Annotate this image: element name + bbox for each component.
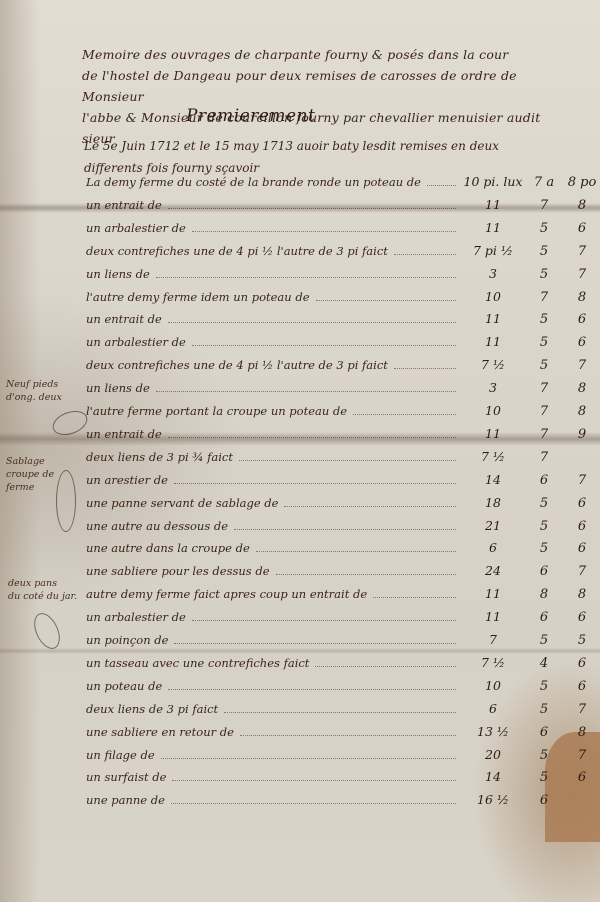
item-description: une sabliere en retour de bbox=[86, 725, 234, 739]
item-description: deux contrefiches une de 4 pi ½ l'autre … bbox=[86, 244, 388, 258]
list-item: un entrait de1179 bbox=[86, 426, 600, 448]
dotted-leader bbox=[427, 184, 456, 186]
thickness-value: 7 bbox=[564, 244, 600, 259]
width-value: 5 bbox=[524, 267, 564, 282]
item-description: un liens de bbox=[86, 267, 150, 281]
length-value: 11 bbox=[462, 197, 524, 212]
length-value: 11 bbox=[462, 586, 524, 601]
dotted-leader bbox=[168, 321, 456, 323]
dotted-leader bbox=[168, 207, 456, 209]
list-item: La demy ferme du costé de la brande rond… bbox=[86, 174, 600, 196]
length-value: 24 bbox=[462, 563, 524, 578]
thickness-value: 8 bbox=[564, 587, 600, 602]
width-value: 6 bbox=[524, 725, 564, 740]
thickness-value: 9 bbox=[564, 427, 600, 442]
item-description: deux contrefiches une de 4 pi ½ l'autre … bbox=[86, 358, 388, 372]
dotted-leader bbox=[239, 459, 456, 461]
width-value: 7 bbox=[524, 450, 564, 465]
thickness-value: 6 bbox=[564, 221, 600, 236]
list-item: deux contrefiches une de 4 pi ½ l'autre … bbox=[86, 357, 600, 379]
width-value: 7 bbox=[524, 290, 564, 305]
section-heading: Premierement bbox=[186, 106, 315, 126]
width-value: 7 bbox=[524, 381, 564, 396]
item-description: un entrait de bbox=[86, 312, 162, 326]
dotted-leader bbox=[161, 757, 456, 759]
width-value: 5 bbox=[524, 748, 564, 763]
thickness-value: 6 bbox=[564, 656, 600, 671]
dotted-leader bbox=[373, 596, 456, 598]
width-value: 5 bbox=[524, 702, 564, 717]
list-item: l'autre demy ferme idem un poteau de1078 bbox=[86, 289, 600, 311]
item-description: une panne de bbox=[86, 793, 165, 807]
item-description: un entrait de bbox=[86, 427, 162, 441]
list-item: deux liens de 3 pi ¾ faict7 ½7 bbox=[86, 449, 600, 471]
length-value: 3 bbox=[462, 380, 524, 395]
list-item: autre demy ferme faict apres coup un ent… bbox=[86, 586, 600, 608]
dotted-leader bbox=[171, 802, 456, 804]
intro-paragraph: Le 5e Juin 1712 et le 15 may 1713 auoir … bbox=[84, 135, 564, 179]
dotted-leader bbox=[192, 619, 456, 621]
item-description: un arbalestier de bbox=[86, 221, 186, 235]
length-value: 7 pi ½ bbox=[462, 243, 524, 258]
intro-line: Le 5e Juin 1712 et le 15 may 1713 auoir … bbox=[84, 135, 564, 157]
width-value: 4 bbox=[524, 656, 564, 671]
title-line: Memoire des ouvrages de charpante fourny… bbox=[82, 44, 562, 65]
dotted-leader bbox=[316, 299, 456, 301]
list-item: un poinçon de755 bbox=[86, 632, 600, 654]
item-description: l'autre ferme portant la croupe un potea… bbox=[86, 404, 347, 418]
thickness-value: 8 bbox=[564, 725, 600, 740]
list-item: un tasseau avec une contrefiches faict7 … bbox=[86, 655, 600, 677]
title-line: de l'hostel de Dangeau pour deux remises… bbox=[82, 65, 562, 107]
thickness-value: 6 bbox=[564, 519, 600, 534]
width-value: 5 bbox=[524, 312, 564, 327]
item-description: une autre dans la croupe de bbox=[86, 541, 250, 555]
thickness-value: 8 bbox=[564, 290, 600, 305]
width-value: 7 bbox=[524, 427, 564, 442]
dotted-leader bbox=[156, 390, 456, 392]
list-item: un arbalestier de1166 bbox=[86, 609, 600, 631]
item-description: autre demy ferme faict apres coup un ent… bbox=[86, 587, 367, 601]
item-description: La demy ferme du costé de la brande rond… bbox=[86, 175, 421, 189]
list-item: un filage de2057 bbox=[86, 747, 600, 769]
width-value: 5 bbox=[524, 770, 564, 785]
thickness-value: 7 bbox=[564, 564, 600, 579]
item-description: un poinçon de bbox=[86, 633, 168, 647]
length-value: 16 ½ bbox=[462, 792, 524, 807]
dotted-leader bbox=[192, 344, 456, 346]
width-value: 5 bbox=[524, 335, 564, 350]
dotted-leader bbox=[174, 642, 456, 644]
margin-note: Neuf pieds d'ong. deux bbox=[6, 378, 62, 404]
memoire-title: Memoire des ouvrages de charpante fourny… bbox=[82, 44, 562, 149]
length-value: 13 ½ bbox=[462, 724, 524, 739]
width-value: 8 bbox=[524, 587, 564, 602]
thickness-value: 7 bbox=[564, 702, 600, 717]
thickness-value: 6 bbox=[564, 770, 600, 785]
list-item: un entrait de1178 bbox=[86, 197, 600, 219]
thickness-value: 7 bbox=[564, 748, 600, 763]
width-value: 7 a bbox=[524, 175, 564, 190]
list-item: l'autre ferme portant la croupe un potea… bbox=[86, 403, 600, 425]
list-item: un entrait de1156 bbox=[86, 311, 600, 333]
dotted-leader bbox=[315, 665, 456, 667]
dotted-leader bbox=[240, 734, 456, 736]
item-description: un poteau de bbox=[86, 679, 162, 693]
paper-edge-shadow bbox=[0, 0, 40, 902]
length-value: 10 pi. lux bbox=[462, 174, 524, 189]
dotted-leader bbox=[284, 505, 456, 507]
list-item: un liens de378 bbox=[86, 380, 600, 402]
list-item: un arestier de1467 bbox=[86, 472, 600, 494]
item-description: un arbalestier de bbox=[86, 610, 186, 624]
list-item: deux contrefiches une de 4 pi ½ l'autre … bbox=[86, 243, 600, 265]
dotted-leader bbox=[256, 550, 456, 552]
list-item: une panne servant de sablage de1856 bbox=[86, 495, 600, 517]
dotted-leader bbox=[224, 711, 456, 713]
thickness-value: 8 po bbox=[564, 175, 600, 190]
length-value: 11 bbox=[462, 426, 524, 441]
list-item: un poteau de1056 bbox=[86, 678, 600, 700]
item-description: une panne servant de sablage de bbox=[86, 496, 278, 510]
width-value: 5 bbox=[524, 519, 564, 534]
length-value: 18 bbox=[462, 495, 524, 510]
dotted-leader bbox=[234, 528, 456, 530]
length-value: 14 bbox=[462, 472, 524, 487]
item-description: un entrait de bbox=[86, 198, 162, 212]
item-description: un arestier de bbox=[86, 473, 168, 487]
item-description: deux liens de 3 pi faict bbox=[86, 702, 218, 716]
length-value: 7 ½ bbox=[462, 655, 524, 670]
item-description: une sabliere pour les dessus de bbox=[86, 564, 270, 578]
width-value: 5 bbox=[524, 679, 564, 694]
width-value: 5 bbox=[524, 221, 564, 236]
dotted-leader bbox=[172, 779, 456, 781]
length-value: 10 bbox=[462, 289, 524, 304]
length-value: 7 bbox=[462, 632, 524, 647]
list-item: un arbalestier de1156 bbox=[86, 334, 600, 356]
thickness-value: 6 bbox=[564, 335, 600, 350]
length-value: 3 bbox=[462, 266, 524, 281]
width-value: 5 bbox=[524, 633, 564, 648]
dotted-leader bbox=[394, 253, 456, 255]
item-description: l'autre demy ferme idem un poteau de bbox=[86, 290, 310, 304]
length-value: 11 bbox=[462, 609, 524, 624]
width-value: 5 bbox=[524, 244, 564, 259]
length-value: 20 bbox=[462, 747, 524, 762]
thickness-value: 7 bbox=[564, 358, 600, 373]
width-value: 7 bbox=[524, 198, 564, 213]
length-value: 7 ½ bbox=[462, 357, 524, 372]
length-value: 7 ½ bbox=[462, 449, 524, 464]
list-item: une sabliere pour les dessus de2467 bbox=[86, 563, 600, 585]
width-value: 5 bbox=[524, 496, 564, 511]
item-description: un arbalestier de bbox=[86, 335, 186, 349]
list-item: un liens de357 bbox=[86, 266, 600, 288]
ink-flourish bbox=[56, 470, 76, 532]
dotted-leader bbox=[174, 482, 456, 484]
width-value: 6 bbox=[524, 610, 564, 625]
width-value: 6 bbox=[524, 473, 564, 488]
length-value: 14 bbox=[462, 769, 524, 784]
length-value: 10 bbox=[462, 403, 524, 418]
dotted-leader bbox=[156, 276, 456, 278]
item-description: une autre au dessous de bbox=[86, 519, 228, 533]
width-value: 7 bbox=[524, 404, 564, 419]
list-item: deux liens de 3 pi faict657 bbox=[86, 701, 600, 723]
width-value: 5 bbox=[524, 541, 564, 556]
dotted-leader bbox=[192, 230, 456, 232]
list-item: une autre dans la croupe de656 bbox=[86, 540, 600, 562]
thickness-value: 8 bbox=[564, 198, 600, 213]
dotted-leader bbox=[168, 436, 456, 438]
width-value: 6 bbox=[524, 793, 564, 808]
list-item: un surfaist de1456 bbox=[86, 769, 600, 791]
thickness-value: 8 bbox=[564, 404, 600, 419]
dotted-leader bbox=[394, 367, 456, 369]
width-value: 6 bbox=[524, 564, 564, 579]
thickness-value: 6 bbox=[564, 312, 600, 327]
manuscript-page: Memoire des ouvrages de charpante fourny… bbox=[0, 0, 600, 902]
dotted-leader bbox=[168, 688, 456, 690]
margin-note: deux pans du coté du jar. bbox=[8, 577, 77, 603]
list-item: une sabliere en retour de13 ½68 bbox=[86, 724, 600, 746]
length-value: 6 bbox=[462, 701, 524, 716]
item-description: un surfaist de bbox=[86, 770, 166, 784]
thickness-value: 5 bbox=[564, 633, 600, 648]
item-description: un tasseau avec une contrefiches faict bbox=[86, 656, 309, 670]
length-value: 10 bbox=[462, 678, 524, 693]
dotted-leader bbox=[353, 413, 456, 415]
length-value: 11 bbox=[462, 334, 524, 349]
list-item: un arbalestier de1156 bbox=[86, 220, 600, 242]
width-value: 5 bbox=[524, 358, 564, 373]
thickness-value: 6 bbox=[564, 679, 600, 694]
thickness-value: 6 bbox=[564, 541, 600, 556]
thickness-value: 6 bbox=[564, 496, 600, 511]
list-item: une panne de16 ½6 bbox=[86, 792, 600, 814]
length-value: 6 bbox=[462, 540, 524, 555]
thickness-value: 8 bbox=[564, 381, 600, 396]
thickness-value: 7 bbox=[564, 267, 600, 282]
length-value: 11 bbox=[462, 311, 524, 326]
item-description: deux liens de 3 pi ¾ faict bbox=[86, 450, 233, 464]
list-item: une autre au dessous de2156 bbox=[86, 518, 600, 540]
thickness-value: 7 bbox=[564, 473, 600, 488]
thickness-value: 6 bbox=[564, 610, 600, 625]
dotted-leader bbox=[276, 573, 456, 575]
length-value: 21 bbox=[462, 518, 524, 533]
length-value: 11 bbox=[462, 220, 524, 235]
item-description: un filage de bbox=[86, 748, 155, 762]
item-description: un liens de bbox=[86, 381, 150, 395]
margin-note: Sablage croupe de ferme bbox=[6, 455, 54, 494]
